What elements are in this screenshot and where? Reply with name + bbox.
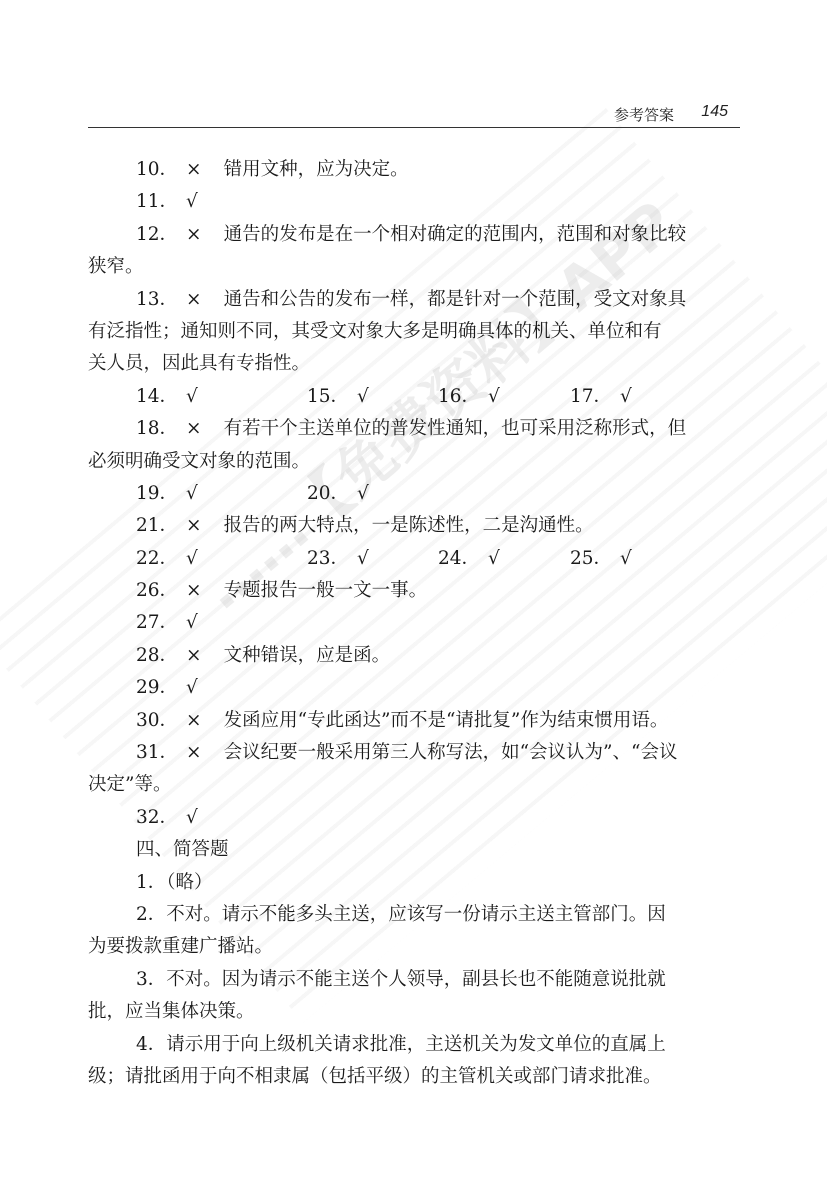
check-mark: √: [488, 381, 500, 413]
check-mark: √: [488, 543, 500, 575]
answer-item: 28．×文种错误，应是函。: [88, 640, 740, 672]
answer-item: 18．×有若干个主送单位的普发性通知，也可采用泛称形式，但: [88, 413, 740, 445]
page-header: 参考答案 145: [88, 98, 740, 128]
cross-mark: ×: [186, 575, 202, 607]
cross-mark: ×: [186, 640, 202, 672]
answer-continuation: 必须明确受文对象的范围。: [88, 446, 740, 478]
answer-row-multi: 19．√ 20．√: [88, 478, 740, 510]
check-mark: √: [620, 543, 632, 575]
check-mark: √: [186, 543, 198, 575]
answer-continuation: 关人员，因此具有专指性。: [88, 348, 740, 380]
short-answer-continuation: 批，应当集体决策。: [88, 996, 740, 1028]
cross-mark: ×: [186, 737, 202, 769]
check-mark: √: [186, 607, 198, 639]
check-mark: √: [186, 186, 198, 218]
check-mark: √: [186, 802, 198, 834]
running-title: 参考答案: [614, 104, 674, 125]
answer-continuation: 决定”等。: [88, 769, 740, 801]
short-answer-item: 4．请示用于向上级机关请求批准，主送机关为发文单位的直属上: [88, 1029, 740, 1061]
answer-item: 30．×发函应用“专此函达”而不是“请批复”作为结束惯用语。: [88, 705, 740, 737]
answer-item: 13．×通告和公告的发布一样，都是针对一个范围，受文对象具: [88, 284, 740, 316]
answer-continuation: 狭窄。: [88, 251, 740, 283]
answer-row-multi: 14．√ 15．√ 16．√ 17．√: [88, 381, 740, 413]
answer-item: 27．√: [88, 607, 740, 639]
cross-mark: ×: [186, 705, 202, 737]
answer-item: 11．√: [88, 186, 740, 218]
cross-mark: ×: [186, 413, 202, 445]
cross-mark: ×: [186, 510, 202, 542]
check-mark: √: [357, 478, 369, 510]
answer-body: 10．×错用文种，应为决定。 11．√ 12．×通告的发布是在一个相对确定的范围…: [88, 154, 740, 1093]
answer-item: 29．√: [88, 672, 740, 704]
answer-row-multi: 22．√ 23．√ 24．√ 25．√: [88, 543, 740, 575]
check-mark: √: [357, 543, 369, 575]
answer-continuation: 有泛指性；通知则不同，其受文对象大多是明确具体的机关、单位和有: [88, 316, 740, 348]
answer-item: 26．×专题报告一般一文一事。: [88, 575, 740, 607]
page-number: 145: [701, 103, 728, 121]
cross-mark: ×: [186, 219, 202, 251]
short-answer-item: 2．不对。请示不能多头主送，应该写一份请示主送主管部门。因: [88, 899, 740, 931]
section-heading: 四、简答题: [88, 834, 740, 866]
answer-item: 12．×通告的发布是在一个相对确定的范围内，范围和对象比较: [88, 219, 740, 251]
answer-item: 31．×会议纪要一般采用第三人称写法，如“会议认为”、“会议: [88, 737, 740, 769]
short-answer-continuation: 级；请批函用于向不相隶属（包括平级）的主管机关或部门请求批准。: [88, 1061, 740, 1093]
short-answer-item: 1．（略）: [88, 867, 740, 899]
cross-mark: ×: [186, 154, 202, 186]
check-mark: √: [186, 672, 198, 704]
cross-mark: ×: [186, 284, 202, 316]
answer-item: 21．×报告的两大特点，一是陈述性，二是沟通性。: [88, 510, 740, 542]
check-mark: √: [357, 381, 369, 413]
answer-item: 10．×错用文种，应为决定。: [88, 154, 740, 186]
check-mark: √: [620, 381, 632, 413]
check-mark: √: [186, 478, 198, 510]
short-answer-item: 3．不对。因为请示不能主送个人领导，副县长也不能随意说批就: [88, 964, 740, 996]
check-mark: √: [186, 381, 198, 413]
answer-item: 32．√: [88, 802, 740, 834]
short-answer-continuation: 为要拨款重建广播站。: [88, 931, 740, 963]
